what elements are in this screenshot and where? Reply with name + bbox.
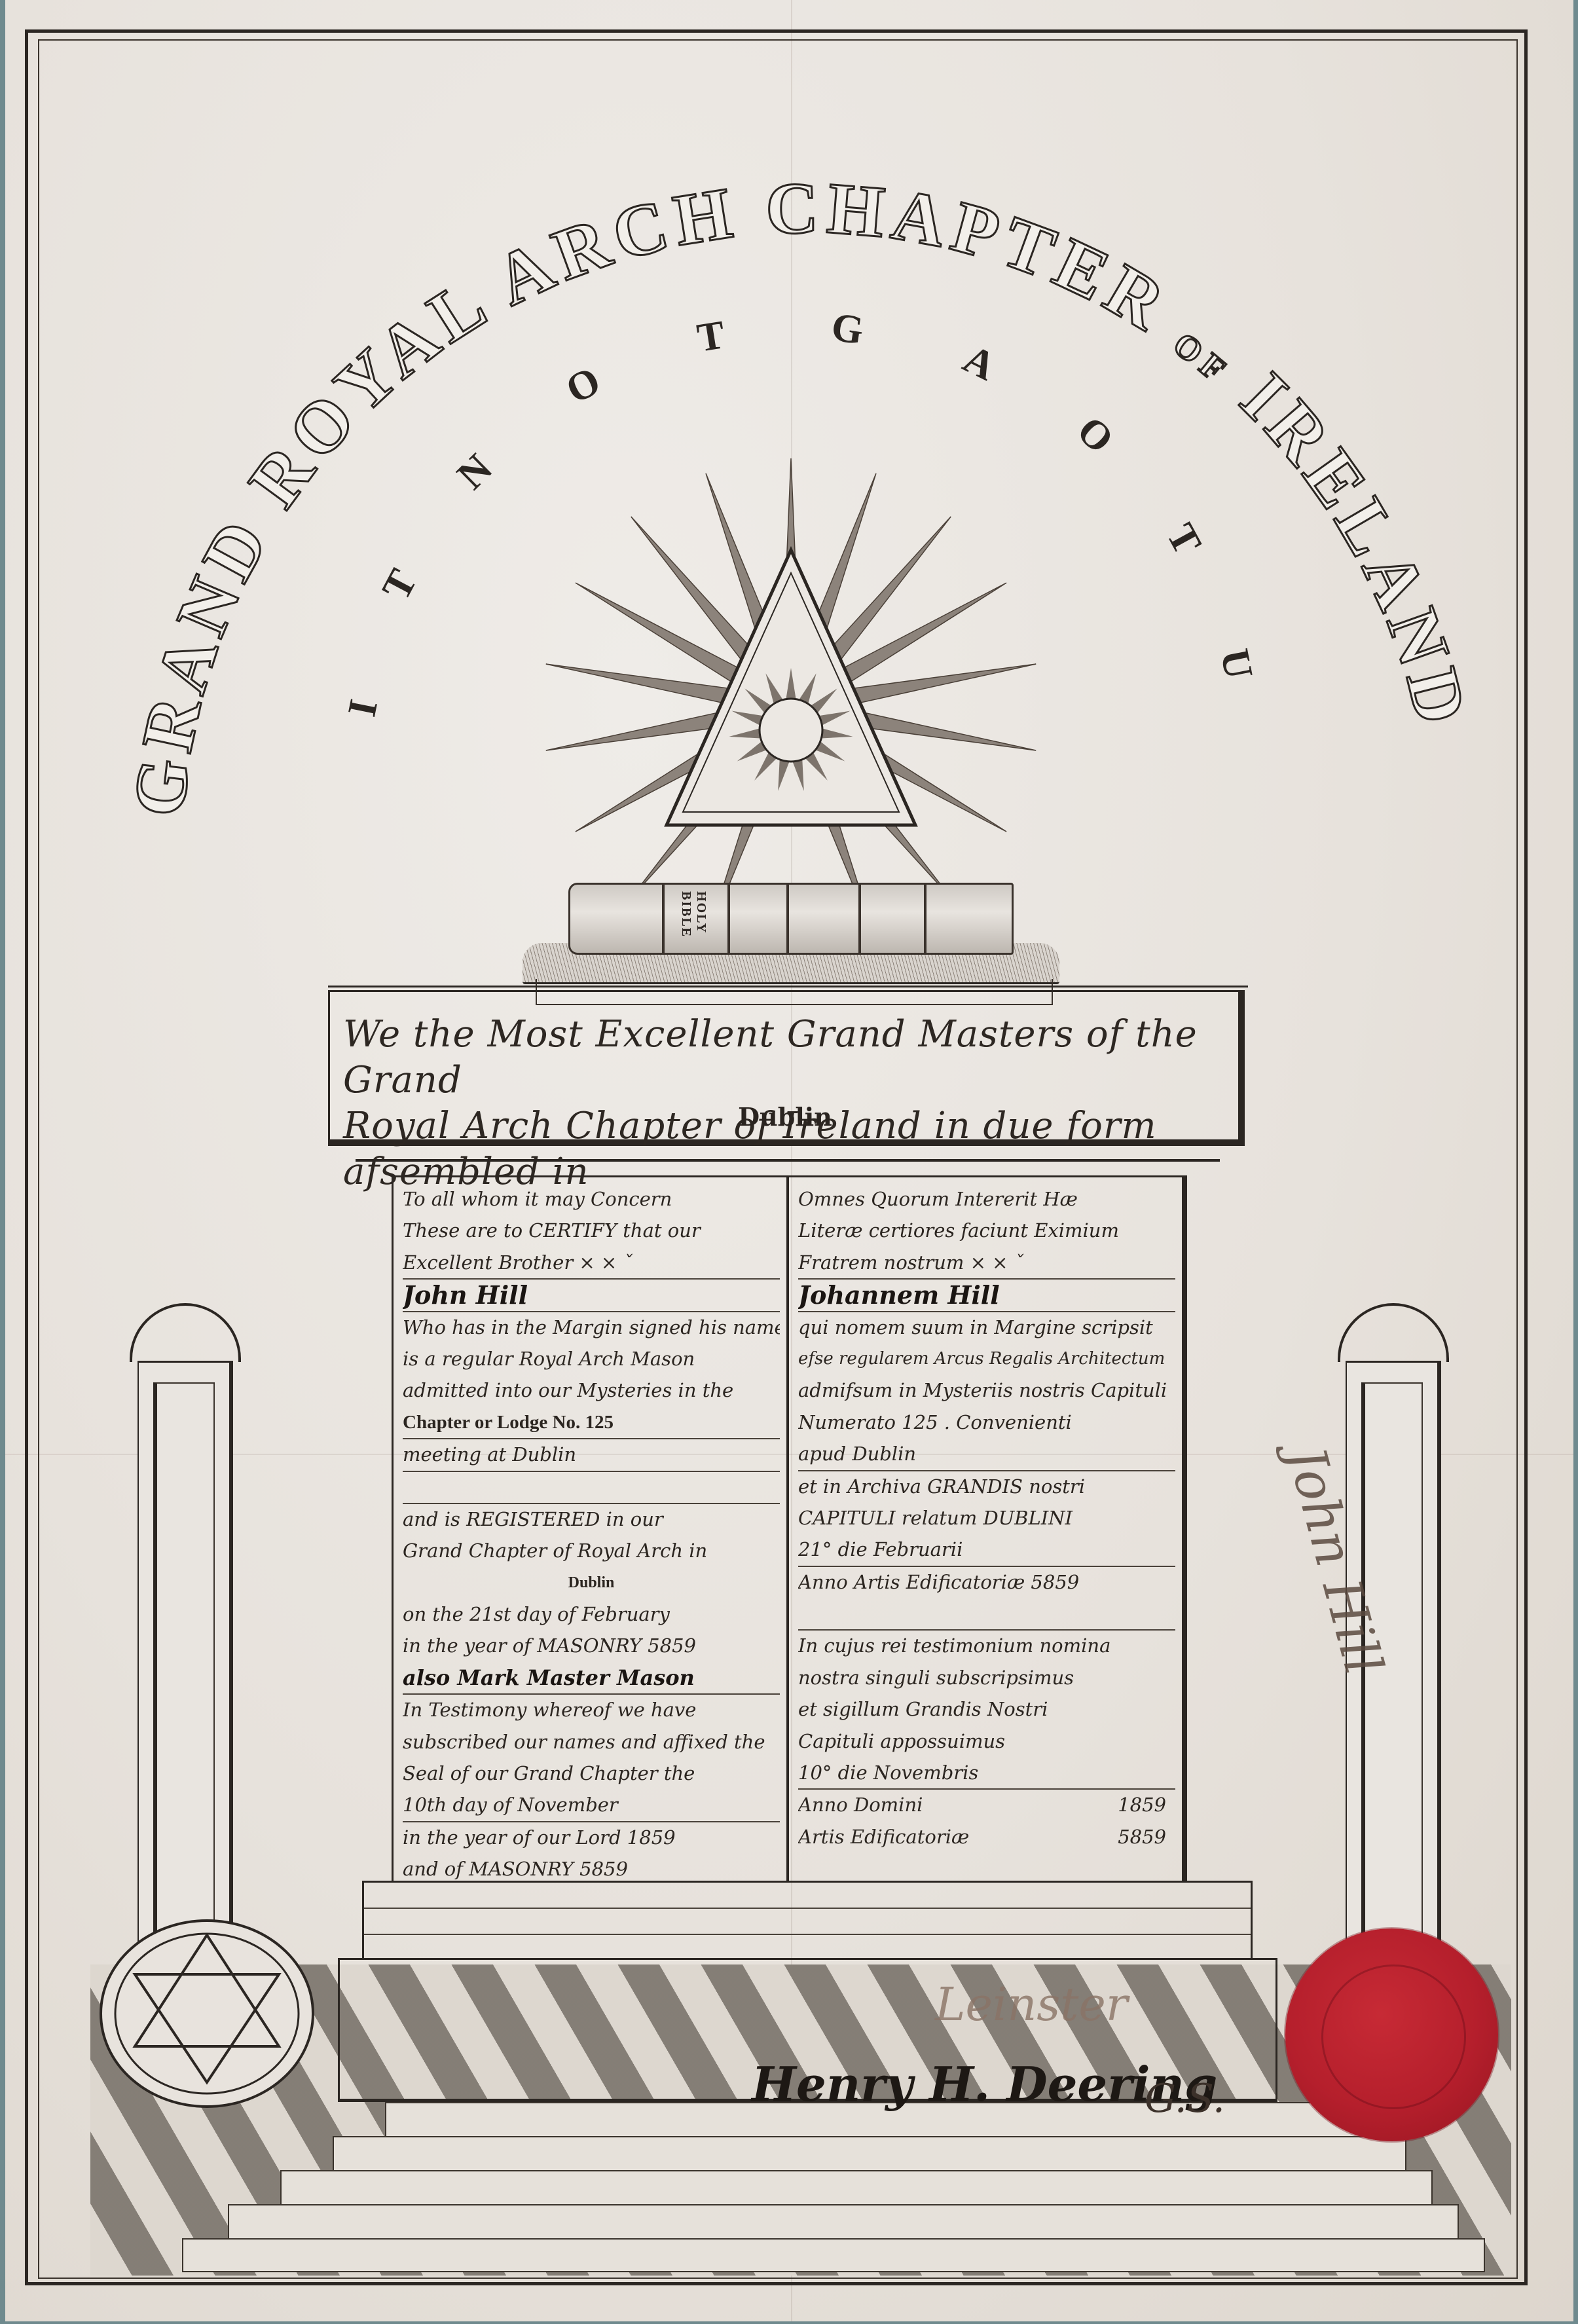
star-of-david-icon: [96, 1909, 318, 2131]
registered-date-line: on the 21st day of February: [403, 1599, 780, 1631]
registered-city: Dublin: [403, 1568, 780, 1599]
banner-line-1: We the Most Excellent Grand Masters of t…: [343, 1012, 1234, 1103]
registered-line: and is REGISTERED in our: [403, 1504, 780, 1536]
english-text-panel: To all whom it may Concern These are to …: [392, 1175, 788, 1883]
registered-date-latin: 21° die Februarii: [798, 1534, 1175, 1566]
anno-domini-label: Anno Domini: [798, 1794, 923, 1816]
text-line: admitted into our Mysteries in the: [403, 1375, 780, 1407]
text-line: These are to CERTIFY that our: [403, 1215, 780, 1247]
bible-band: [924, 885, 927, 953]
text-line: In cujus rei testimonium nomina: [798, 1631, 1175, 1662]
text-line: et sigillum Grandis Nostri: [798, 1694, 1175, 1725]
title-of: OF: [1166, 325, 1237, 392]
inner-letter: G: [828, 304, 913, 360]
bible-band: [727, 885, 730, 953]
inner-letter: U: [1212, 646, 1270, 729]
pillar-shaft: [138, 1361, 233, 1958]
bible-band: [662, 885, 665, 953]
pillar-capital: [130, 1303, 241, 1362]
brother-name: John Hill: [403, 1280, 780, 1312]
step: [280, 2170, 1433, 2204]
banner-city: Dublin: [330, 1102, 1240, 1132]
blank-line: [403, 1472, 780, 1504]
meeting-place-latin: apud Dublin: [798, 1439, 1175, 1471]
anno-domini-year: 1859: [1118, 1790, 1166, 1820]
masonry-year-line: in the year of MASONRY 5859: [403, 1631, 780, 1662]
steps: [169, 2102, 1413, 2272]
latin-text-panel: Omnes Quorum Intererit Hæ Literæ certior…: [788, 1175, 1187, 1883]
text-line: Capituli appossuimus: [798, 1726, 1175, 1758]
mark-master-note: also Mark Master Mason: [403, 1663, 780, 1695]
certificate-paper: GRAND ROYAL ARCH CHAPTER OF IRELAND I T …: [5, 0, 1573, 2321]
text-line: Grand Chapter of Royal Arch in: [403, 1536, 780, 1567]
title-ireland: IRELAND: [1225, 358, 1484, 738]
lodge-number-latin: Numerato 125 . Convenienti: [798, 1407, 1175, 1439]
artis-year: 5859: [1118, 1822, 1166, 1853]
artis-year-line: Anno Artis Edificatoriæ 5859: [798, 1567, 1175, 1598]
bible-label: HOLY BIBLE: [678, 891, 708, 953]
brother-name-latin: Johannem Hill: [798, 1280, 1175, 1312]
inner-letter: T: [1158, 517, 1232, 602]
header-banner: We the Most Excellent Grand Masters of t…: [328, 990, 1245, 1146]
step: [182, 2238, 1485, 2272]
artis-label: Artis Edificatoriæ: [798, 1826, 969, 1848]
certify-line: These are to CERTIFY that our: [403, 1219, 701, 1242]
pedestal-cornice: [356, 1159, 1220, 1168]
wax-seal-icon: [1285, 1928, 1498, 2141]
english-column: To all whom it may Concern These are to …: [403, 1184, 780, 1886]
text-line: Omnes Quorum Intererit Hæ: [798, 1184, 1175, 1215]
lodge-number-line: Chapter or Lodge No. 125: [403, 1407, 780, 1439]
text-line: et in Archiva GRANDIS nostri: [798, 1471, 1175, 1503]
inner-letter: T: [694, 305, 774, 361]
text-line: CAPITULI relatum DUBLINI: [798, 1503, 1175, 1534]
text-line: qui nomem suum in Margine scripsit: [798, 1312, 1175, 1344]
pillar-inset: [153, 1382, 215, 1956]
text-line: To all whom it may Concern: [403, 1184, 780, 1215]
seal-date-latin: 10° die Novembris: [798, 1758, 1175, 1790]
inner-letter: A: [957, 337, 1043, 409]
seal-inner-ring: [1321, 1964, 1466, 2109]
text-line: subscribed our names and affixed the: [403, 1727, 780, 1758]
testimony-line: In Testimony whereof we have: [403, 1695, 780, 1726]
text-line: Seal of our Grand Chapter the: [403, 1758, 780, 1790]
step: [228, 2204, 1459, 2238]
text-line: Excellent Brother × × ˇ: [403, 1247, 780, 1280]
inner-letter: I: [340, 650, 396, 720]
text-line: Literæ certiores faciunt Eximium: [798, 1215, 1175, 1247]
artis-line: Artis Edificatoriæ 5859: [798, 1822, 1175, 1853]
blank-line: [798, 1598, 1175, 1631]
meeting-place-line: meeting at Dublin: [403, 1439, 780, 1471]
left-pillar: [130, 1303, 241, 1958]
text-line: is a regular Royal Arch Mason: [403, 1344, 780, 1375]
lord-year-line: in the year of our Lord 1859: [403, 1822, 780, 1854]
sunburst-icon: [464, 419, 1118, 917]
bible-band: [858, 885, 861, 953]
latin-column: Omnes Quorum Intererit Hæ Literæ certior…: [798, 1184, 1175, 1853]
seal-date-line: 10th day of November: [403, 1790, 780, 1822]
pillar-capital: [1338, 1303, 1449, 1362]
text-line: nostra singuli subscripsimus: [798, 1663, 1175, 1694]
text-line: Fratrem nostrum × × ˇ: [798, 1247, 1175, 1280]
holy-bible-icon: HOLY BIBLE: [568, 883, 1014, 955]
signature-leinster: Leinster: [935, 1978, 1128, 2031]
pedestal-plinth: [362, 1881, 1253, 1959]
bible-band: [786, 885, 789, 953]
title-grand: GRAND: [118, 502, 286, 821]
signature-title: G.S.: [1145, 2076, 1225, 2122]
text-line: admifsum in Mysteriis nostris Capituli: [798, 1375, 1175, 1407]
text-line: efse regularem Arcus Regalis Architectum: [798, 1344, 1175, 1375]
text-line: Who has in the Margin signed his name: [403, 1312, 780, 1344]
step: [333, 2136, 1406, 2170]
inner-letter: O: [559, 337, 650, 413]
anno-domini-line: Anno Domini 1859: [798, 1790, 1175, 1821]
inner-letter: T: [374, 521, 448, 607]
